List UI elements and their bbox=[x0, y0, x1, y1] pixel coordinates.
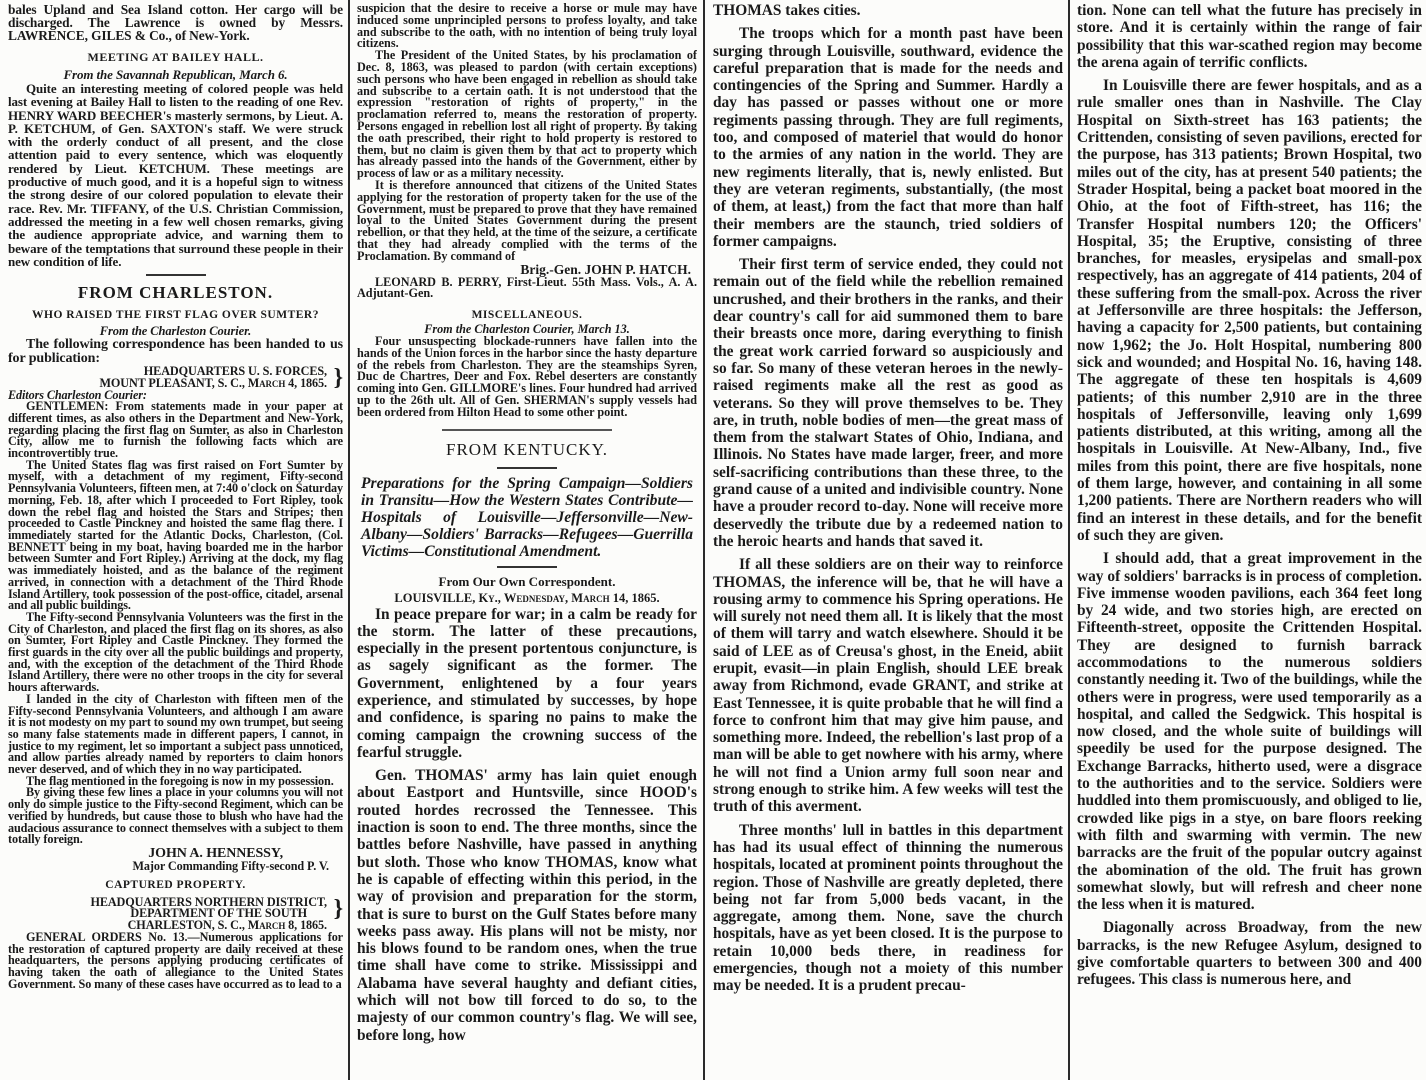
hq-line-2: MOUNT PLEASANT, S. C., March 4, 1865. bbox=[8, 378, 327, 390]
charleston-intro: The following correspondence has been ha… bbox=[8, 338, 343, 366]
charleston-heading: FROM CHARLESTON. bbox=[8, 282, 343, 304]
orders-paragraph: The President of the United States, by h… bbox=[357, 50, 697, 180]
misc-body: Four unsuspecting blockade-runners have … bbox=[357, 336, 697, 419]
kentucky-heading: FROM KENTUCKY. bbox=[357, 439, 697, 461]
article-paragraph: Their first term of service ended, they … bbox=[713, 256, 1063, 550]
article-paragraph: If all these soldiers are on their way t… bbox=[713, 556, 1063, 815]
orders-adjutant: LEONARD B. PERRY, First-Lieut. 55th Mass… bbox=[357, 277, 697, 301]
heading-divider bbox=[497, 566, 557, 568]
misc-heading: MISCELLANEOUS. bbox=[357, 308, 697, 322]
article-paragraph: In Louisville there are fewer hospitals,… bbox=[1077, 77, 1422, 544]
section-divider bbox=[146, 274, 206, 276]
article-paragraph: Three months' lull in battles in this de… bbox=[713, 822, 1063, 995]
charleston-subheading: WHO RAISED THE FIRST FLAG OVER SUMTER? bbox=[8, 308, 343, 322]
column-3: THOMAS takes cities. The troops which fo… bbox=[713, 0, 1063, 1080]
newspaper-page: bales Upland and Sea Island cotton. Her … bbox=[0, 0, 1426, 1080]
column-2: suspicion that the desire to receive a h… bbox=[357, 0, 697, 1080]
captured-heading: CAPTURED PROPERTY. bbox=[8, 878, 343, 892]
article-paragraph: THOMAS takes cities. bbox=[713, 2, 1063, 19]
letter-paragraph: The Fifty-second Pennsylvania Volunteers… bbox=[8, 612, 343, 694]
kentucky-paragraph: In peace prepare for war; in a calm be r… bbox=[357, 606, 697, 762]
column-rule bbox=[1068, 0, 1070, 1080]
article-paragraph: I should add, that a great improvement i… bbox=[1077, 550, 1422, 913]
meeting-source: From the Savannah Republican, March 6. bbox=[8, 67, 343, 82]
letter-paragraph: By giving these few lines a place in you… bbox=[8, 787, 343, 846]
district-block: HEADQUARTERS NORTHERN DISTRICT, DEPARTME… bbox=[8, 897, 343, 932]
intro-paragraph: bales Upland and Sea Island cotton. Her … bbox=[8, 3, 343, 42]
headquarters-block: HEADQUARTERS U. S. FORCES, MOUNT PLEASAN… bbox=[8, 366, 343, 389]
column-rule bbox=[348, 0, 350, 1080]
dateline: LOUISVILLE, Ky., Wednesday, March 14, 18… bbox=[357, 590, 697, 606]
district-line-3: CHARLESTON, S. C., March 8, 1865. bbox=[8, 920, 327, 932]
column-1: bales Upland and Sea Island cotton. Her … bbox=[8, 0, 343, 1080]
signature-title: Major Commanding Fifty-second P. V. bbox=[8, 861, 343, 873]
meeting-heading: MEETING AT BAILEY HALL. bbox=[8, 50, 343, 65]
article-paragraph: tion. None can tell what the future has … bbox=[1077, 2, 1422, 71]
letter-paragraph: The United States flag was first raised … bbox=[8, 460, 343, 612]
charleston-source: From the Charleston Courier. bbox=[8, 324, 343, 338]
article-paragraph: The troops which for a month past have b… bbox=[713, 25, 1063, 250]
letter-paragraph: GENTLEMEN: From statements made in your … bbox=[8, 401, 343, 460]
heading-divider bbox=[497, 467, 557, 469]
article-paragraph: Diagonally across Broadway, from the new… bbox=[1077, 919, 1422, 988]
letter-paragraph: I landed in the city of Charleston with … bbox=[8, 694, 343, 776]
meeting-body: Quite an interesting meeting of colored … bbox=[8, 82, 343, 268]
orders-paragraph: GENERAL ORDERS No. 13.—Numerous applicat… bbox=[8, 932, 343, 991]
correspondent-line: From Our Own Correspondent. bbox=[357, 574, 697, 590]
column-4: tion. None can tell what the future has … bbox=[1077, 0, 1422, 1080]
kentucky-paragraph: Gen. THOMAS' army has lain quiet enough … bbox=[357, 767, 697, 1044]
section-divider bbox=[442, 429, 612, 431]
column-rule bbox=[703, 0, 705, 1080]
kentucky-subheading: Preparations for the Spring Campaign—Sol… bbox=[357, 475, 697, 560]
orders-continued: suspicion that the desire to receive a h… bbox=[357, 3, 697, 50]
orders-paragraph: It is therefore announced that citizens … bbox=[357, 180, 697, 263]
